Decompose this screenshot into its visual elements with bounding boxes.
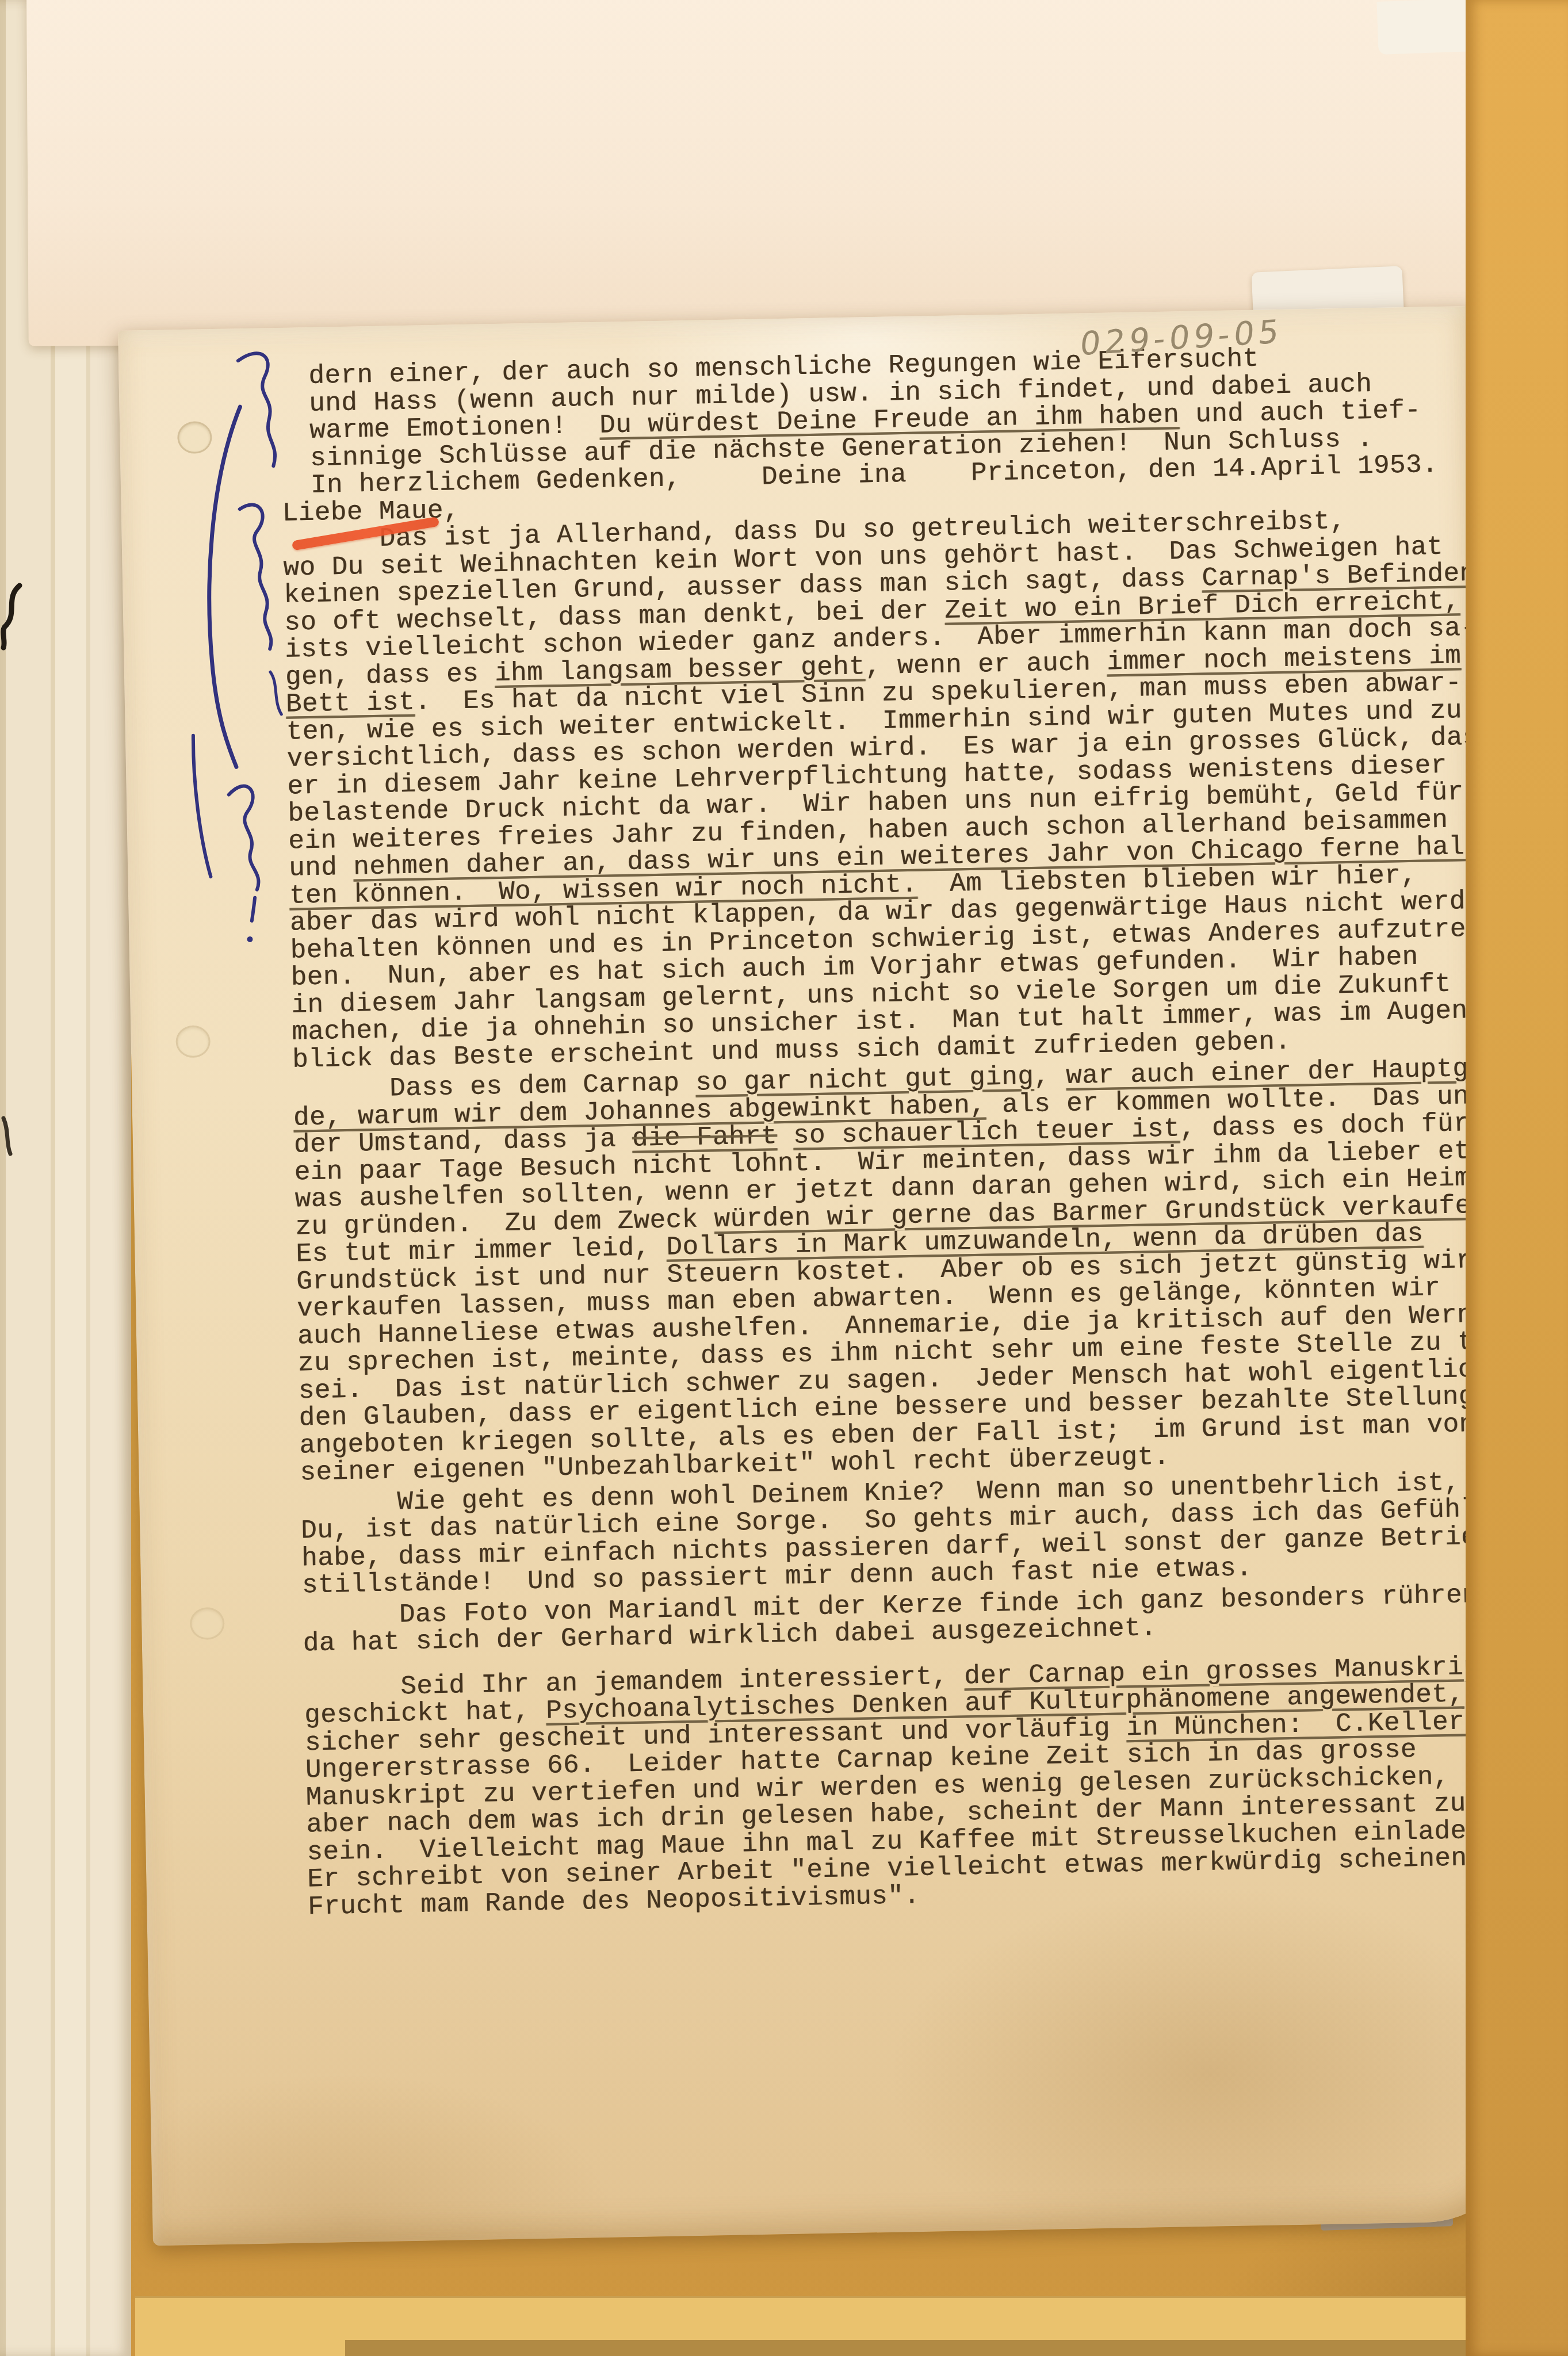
typed-text-segment: ,	[1034, 1061, 1066, 1092]
edge-ink-mark	[0, 1116, 15, 1156]
typed-text: dern einer, der auch so menschliche Regu…	[118, 342, 1510, 1924]
edge-ink-mark	[0, 582, 25, 651]
margin-handwriting-ink	[151, 338, 301, 962]
folder-right-panel	[1466, 0, 1568, 2356]
paper-stack-left	[0, 0, 131, 2356]
torn-paper-scrap-top-right	[1376, 0, 1476, 55]
folder-bottom-shadow	[345, 2340, 1568, 2356]
typed-text-segment	[777, 1121, 794, 1152]
letter-page: 029-09-05 dern einer, der auch so mensch…	[118, 306, 1512, 2246]
